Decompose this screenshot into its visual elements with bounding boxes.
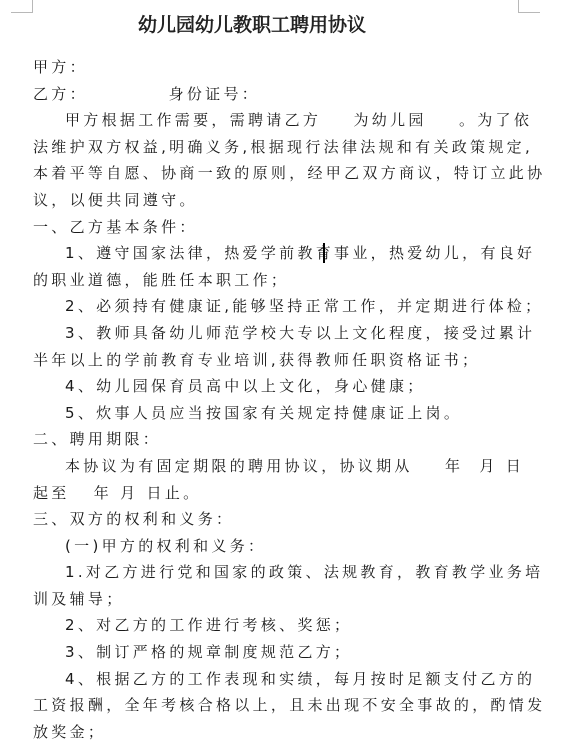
party-a-duty-4-line-1[interactable]: 4、根据乙方的工作表现和实绩，每月按时足额支付乙方的: [33, 666, 519, 693]
condition-5[interactable]: 5、炊事人员应当按国家有关规定持健康证上岗。: [33, 400, 519, 427]
condition-4[interactable]: 4、幼儿园保育员高中以上文化，身心健康；: [33, 373, 519, 400]
term-line-1[interactable]: 本协议为有固定期限的聘用协议，协议期从 年 月 日: [33, 453, 519, 480]
condition-3-line-1[interactable]: 3、教师具备幼儿师范学校大专以上文化程度，接受过累计: [33, 320, 519, 347]
condition-1-line-2[interactable]: 的职业道德，能胜任本职工作；: [33, 267, 519, 294]
party-a-duty-4-line-3[interactable]: 放奖金；: [33, 719, 519, 746]
party-b-line[interactable]: 乙方： 身份证号：: [33, 81, 519, 108]
party-a-duty-1-line-1[interactable]: 1.对乙方进行党和国家的政策、法规教育，教育教学业务培: [33, 559, 519, 586]
document-body[interactable]: 甲方： 乙方： 身份证号： 甲方根据工作需要，需聘请乙方 为幼儿园 。为了依 法…: [33, 54, 519, 745]
party-a-duty-4-line-2[interactable]: 工资报酬，全年考核合格以上，且未出现不安全事故的，酌情发: [33, 692, 519, 719]
condition-1-line-1[interactable]: 1、遵守国家法律，热爱学前教育事业，热爱幼儿，有良好: [33, 240, 519, 267]
party-a-duty-1-line-2[interactable]: 训及辅导；: [33, 586, 519, 613]
condition-2[interactable]: 2、必须持有健康证,能够坚持正常工作，并定期进行体检；: [33, 293, 519, 320]
document-title[interactable]: 幼儿园幼儿教职工聘用协议: [0, 10, 504, 37]
condition-3-line-2[interactable]: 半年以上的学前教育专业培训,获得教师任职资格证书；: [33, 347, 519, 374]
section-heading-3[interactable]: 三、双方的权利和义务：: [33, 506, 519, 533]
preamble-line-1[interactable]: 甲方根据工作需要，需聘请乙方 为幼儿园 。为了依: [33, 107, 519, 134]
page-corner-mark-right: [518, 0, 540, 13]
subsection-heading-party-a[interactable]: (一)甲方的权利和义务：: [33, 533, 519, 560]
section-heading-1[interactable]: 一、乙方基本条件：: [33, 214, 519, 241]
preamble-line-4[interactable]: 议，以便共同遵守。: [33, 187, 519, 214]
term-line-2[interactable]: 起至 年 月 日止。: [33, 480, 519, 507]
text-cursor: [323, 243, 325, 263]
party-a-duty-3[interactable]: 3、制订严格的规章制度规范乙方；: [33, 639, 519, 666]
section-heading-2[interactable]: 二、聘用期限：: [33, 426, 519, 453]
party-a-line[interactable]: 甲方：: [33, 54, 519, 81]
preamble-line-2[interactable]: 法维护双方权益,明确义务,根据现行法律法规和有关政策规定,: [33, 134, 519, 161]
preamble-line-3[interactable]: 本着平等自愿、协商一致的原则，经甲乙双方商议，特订立此协: [33, 160, 519, 187]
party-a-duty-2[interactable]: 2、对乙方的工作进行考核、奖惩；: [33, 612, 519, 639]
